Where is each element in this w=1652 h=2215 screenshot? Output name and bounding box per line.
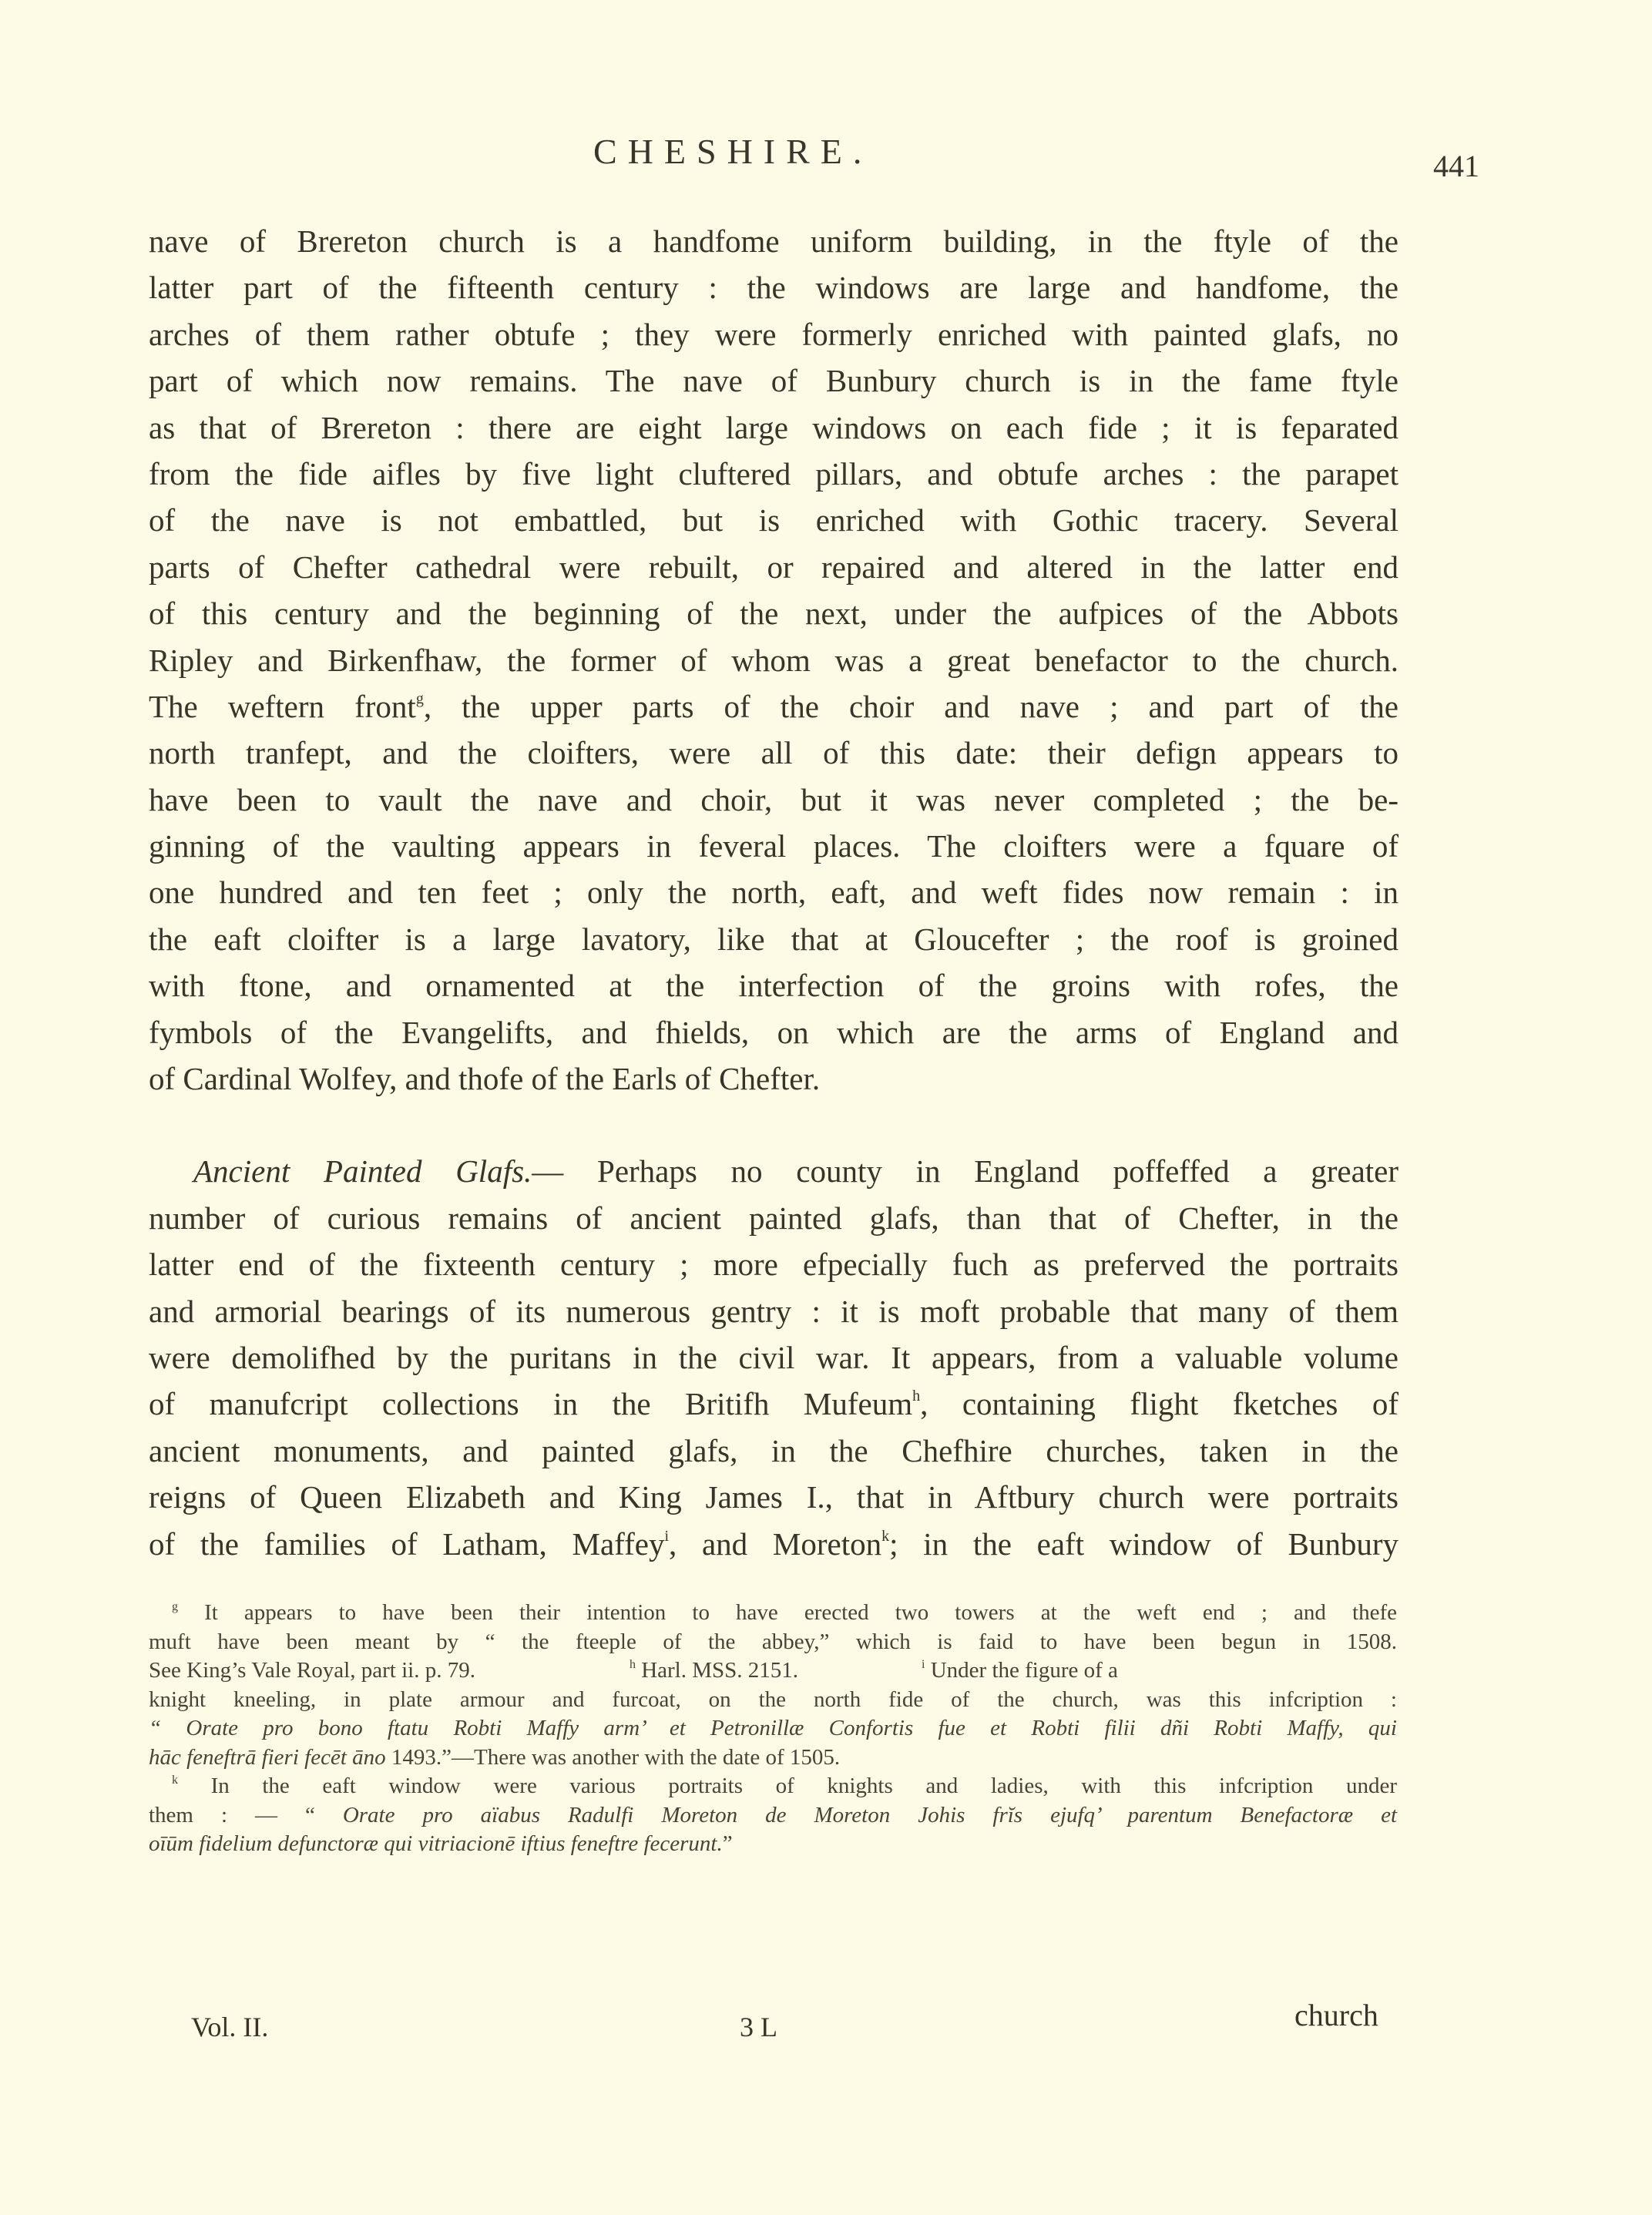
footnote-line: “ Orate pro bono ftatu Robti Maffy arm’ … bbox=[149, 1714, 1397, 1743]
footnote-ref-g[interactable]: g bbox=[416, 690, 424, 707]
footnote-g: g It appears to have been their intentio… bbox=[149, 1599, 1397, 1628]
footnote-line: See King’s Vale Royal, part ii. p. 79.h … bbox=[149, 1656, 1397, 1686]
text-line: The weftern frontg, the upper parts of t… bbox=[149, 683, 1398, 730]
page-number: 441 bbox=[1433, 148, 1479, 184]
signature-mark: 3 L bbox=[740, 2011, 777, 2043]
text-line: latter part of the fifteenth century : t… bbox=[149, 264, 1398, 310]
paragraph-gap bbox=[149, 1102, 1398, 1148]
text-line: parts of Chefter cathedral were rebuilt,… bbox=[149, 544, 1398, 590]
text-line: reigns of Queen Elizabeth and King James… bbox=[149, 1474, 1398, 1520]
text-line: nave of Brereton church is a handfome un… bbox=[149, 218, 1398, 264]
text-line: north tranfept, and the cloifters, were … bbox=[149, 730, 1398, 776]
page-footer: Vol. II. 3 L church bbox=[0, 1988, 1652, 2049]
footnote-k: k In the eaft window were various portra… bbox=[149, 1772, 1397, 1801]
footnote-line: them : — “ Orate pro aïabus Radulfi More… bbox=[149, 1801, 1397, 1831]
footnote-line: muft have been meant by “ the fteeple of… bbox=[149, 1628, 1397, 1657]
footnotes: g It appears to have been their intentio… bbox=[149, 1599, 1397, 1859]
text-line: part of which now remains. The nave of B… bbox=[149, 357, 1398, 404]
section-heading: Ancient Painted Glafs. bbox=[193, 1153, 532, 1189]
text-line: Ripley and Birkenfhaw, the former of who… bbox=[149, 637, 1398, 683]
text-line: latter end of the fixteenth century ; mo… bbox=[149, 1241, 1398, 1287]
footnote-ref-k[interactable]: k bbox=[881, 1528, 889, 1545]
text-line: fymbols of the Evangelifts, and fhields,… bbox=[149, 1009, 1398, 1055]
footnote-i: i Under the figure of a bbox=[922, 1658, 1118, 1683]
text-line: from the fide aifles by five light cluft… bbox=[149, 451, 1398, 497]
page-header: CHESHIRE. 441 bbox=[0, 131, 1652, 193]
text-line: ginning of the vaulting appears in fever… bbox=[149, 823, 1398, 869]
text-line: have been to vault the nave and choir, b… bbox=[149, 777, 1398, 823]
footnote-line: knight kneeling, in plate armour and fur… bbox=[149, 1686, 1397, 1715]
text-line: were demolifhed by the puritans in the c… bbox=[149, 1334, 1398, 1381]
running-title: CHESHIRE. bbox=[593, 131, 872, 172]
footnote-h: h Harl. MSS. 2151. bbox=[630, 1658, 798, 1683]
text-line: of this century and the beginning of the… bbox=[149, 590, 1398, 636]
body-text: nave of Brereton church is a handfome un… bbox=[149, 218, 1398, 1567]
text-line: ancient monuments, and painted glafs, in… bbox=[149, 1428, 1398, 1474]
text-line: and armorial bearings of its numerous ge… bbox=[149, 1288, 1398, 1334]
text-line: as that of Brereton : there are eight la… bbox=[149, 404, 1398, 451]
footnote-line: hāc feneftrā fieri fecēt āno 1493.”—Ther… bbox=[149, 1743, 1397, 1773]
text-line: of Cardinal Wolfey, and thofe of the Ear… bbox=[149, 1055, 1398, 1102]
text-line: arches of them rather obtufe ; they were… bbox=[149, 311, 1398, 357]
volume-label: Vol. II. bbox=[191, 2011, 268, 2043]
text-line: the eaft cloifter is a large lavatory, l… bbox=[149, 916, 1398, 962]
text-line: with ftone, and ornamented at the interf… bbox=[149, 962, 1398, 1008]
text-line: of the nave is not embattled, but is enr… bbox=[149, 497, 1398, 543]
footnote-line: oīūm fidelium defunctoræ qui vitriacionē… bbox=[149, 1830, 1397, 1859]
text-line: number of curious remains of ancient pai… bbox=[149, 1195, 1398, 1241]
text-line: one hundred and ten feet ; only the nort… bbox=[149, 869, 1398, 915]
text-line: of the families of Latham, Maffeyi, and … bbox=[149, 1521, 1398, 1567]
footnote-ref-h[interactable]: h bbox=[912, 1388, 920, 1405]
text-line: of manufcript collections in the Britifh… bbox=[149, 1381, 1398, 1427]
catchword: church bbox=[1294, 1997, 1378, 2033]
section-heading-line: Ancient Painted Glafs.— Perhaps no count… bbox=[149, 1148, 1398, 1194]
